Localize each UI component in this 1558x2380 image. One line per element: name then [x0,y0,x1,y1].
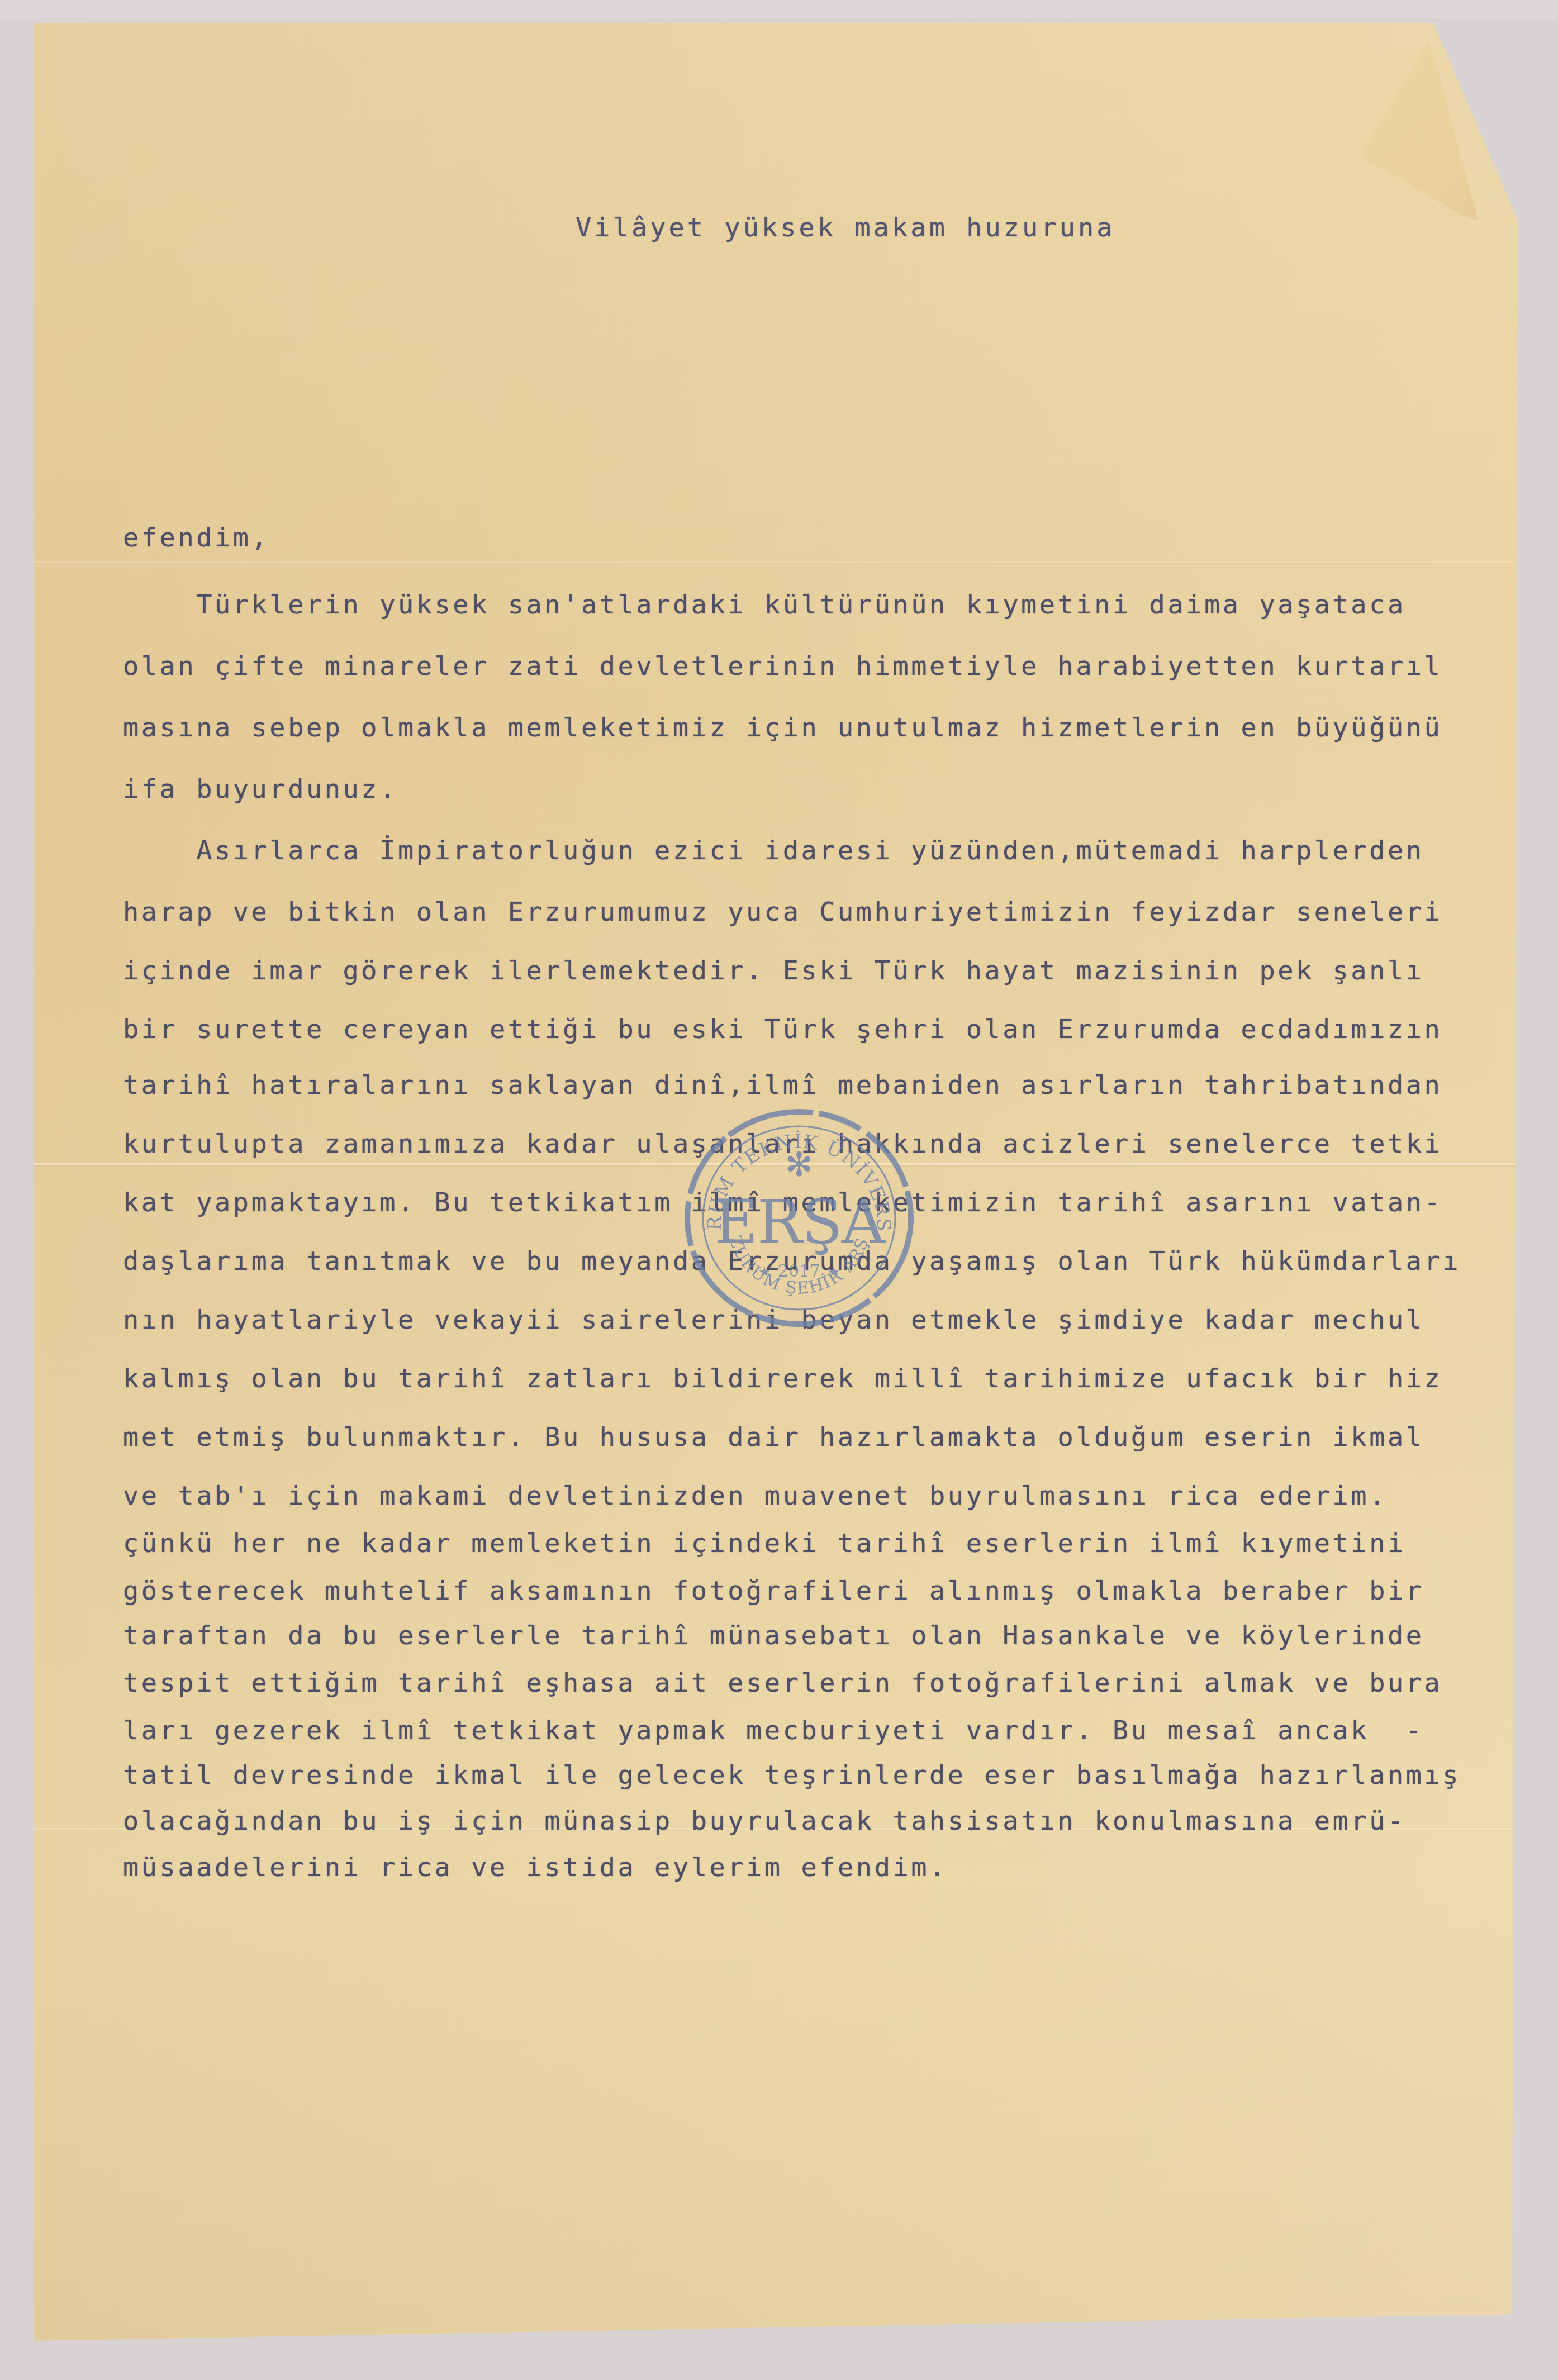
document-heading: Vilâyet yüksek makam huzuruna [576,212,1115,243]
body-line: met etmiş bulunmaktır. Bu hususa dair ha… [123,1422,1424,1453]
body-line: olacağından bu iş için münasip buyrulaca… [123,1806,1406,1836]
svg-text:★: ★ [758,1264,771,1280]
body-line: Türklerin yüksek san'atlardaki kültürünü… [123,589,1406,620]
body-line: bir surette cereyan ettiği bu eski Türk … [123,1014,1442,1045]
svg-text:2017: 2017 [778,1262,820,1281]
body-line: harap ve bitkin olan Erzurumumuz yuca Cu… [123,897,1442,927]
backdrop [0,0,1558,18]
salutation: efendim, [123,522,269,553]
body-line: ları gezerek ilmî tetkikat yapmak mecbur… [123,1715,1424,1746]
archive-stamp: ERZURUM TEKNİK ÜNİVERSİTESİ ERZURUM ŞEHİ… [676,1103,922,1332]
body-line: tespit ettiğim tarihî eşhasa ait eserler… [123,1668,1442,1698]
body-line: taraftan da bu eserlerle tarihî münaseba… [123,1620,1424,1651]
body-line: tatil devresinde ikmal ile gelecek teşri… [123,1760,1461,1791]
body-line: müsaadelerini rica ve istida eylerim efe… [123,1852,948,1883]
svg-text:ERŞA: ERŞA [714,1188,886,1258]
body-line: kalmış olan bu tarihî zatları bildirerek… [123,1363,1442,1394]
letter-body: efendim, Türklerin yüksek san'atlardaki … [123,0,160,799]
svg-text:★: ★ [828,1264,840,1280]
body-line: ifa buyurdunuz. [123,774,398,805]
body-line: ve tab'ı için makami devletinizden muave… [123,1481,1388,1511]
body-line: olan çifte minareler zati devletlerinin … [123,651,1442,682]
body-line: içinde imar görerek ilerlemektedir. Eski… [123,955,1424,986]
body-line: Asırlarca İmpiratorluğun ezici idaresi y… [123,835,1424,866]
snowflake-emblem-icon: ✻ [785,1145,813,1184]
body-line: masına sebep olmakla memleketimiz için u… [123,712,1442,743]
body-line: çünkü her ne kadar memleketin içindeki t… [123,1528,1406,1559]
body-line: tarihî hatıralarını saklayan dinî,ilmî m… [123,1070,1442,1101]
body-line: gösterecek muhtelif aksamının fotoğrafil… [123,1575,1424,1606]
